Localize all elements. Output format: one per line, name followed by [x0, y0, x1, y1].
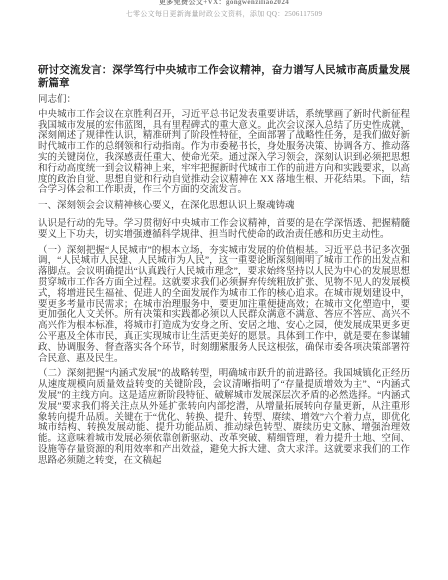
- document-title: 研讨交流发言：深学笃行中央城市工作会议精神，奋力谱写人民城市高质量发展新篇章: [38, 64, 410, 90]
- section-1-point-2-paragraph: （二）深刻把握“内涵式发展”的战略转型，明确城市跃升的前进路径。我国城镇化正经历…: [38, 369, 410, 466]
- intro-paragraph: 中央城市工作会议在京胜利召开，习近平总书记发表重要讲话，系统擘画了新时代新征程我…: [38, 110, 410, 196]
- document-page: 更多免费公文+VX：gongwenziliao2024 七零公文每日更新海量时政…: [0, 0, 448, 578]
- section-1-point-1-paragraph: （一）深刻把握“人民城市”的根本立场，夯实城市发展的价值根基。习近平总书记多次强…: [38, 246, 410, 365]
- section-1-intro-paragraph: 认识是行动的先导。学习贯彻好中央城市工作会议精神，首要的是在学深悟透、把握精髓要…: [38, 219, 410, 241]
- header-watermark-line-2: 七零公文每日更新海量时政公文资料，添加 QQ：2506117509: [38, 10, 410, 19]
- page-header: 更多免费公文+VX：gongwenziliao2024 七零公文每日更新海量时政…: [38, 0, 410, 19]
- section-1-heading: 一、深刻领会会议精神核心要义，在深化思想认识上聚魂铸魂: [38, 201, 410, 212]
- salutation: 同志们：: [38, 95, 410, 106]
- header-watermark-line-1: 更多免费公文+VX：gongwenziliao2024: [38, 0, 410, 7]
